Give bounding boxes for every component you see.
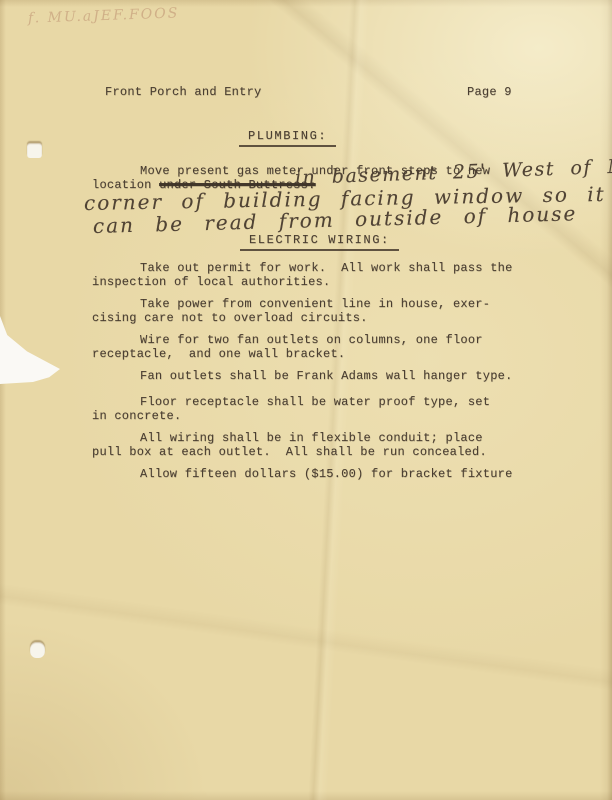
paper-tear-left-edge [0,316,60,384]
electric-paragraph-1: Take out permit for work. All work shall… [92,261,562,289]
pencil-accession-note: f. MU.aJEF.FOOS [28,5,180,26]
typed-line: Floor receptacle shall be water proof ty… [92,395,562,409]
typed-line: Take power from convenient line in house… [92,297,562,311]
typed-line: All wiring shall be in flexible conduit;… [92,431,562,445]
electric-paragraph-7: Allow fifteen dollars ($15.00) for brack… [92,467,562,481]
electric-paragraph-4: Fan outlets shall be Frank Adams wall ha… [92,369,562,383]
typed-line: Take out permit for work. All work shall… [92,261,562,275]
punch-hole-bottom [30,642,45,658]
header-title: Front Porch and Entry [105,85,261,99]
section-heading-plumbing: PLUMBING: [239,129,336,147]
typed-line: in concrete. [92,409,562,423]
electric-paragraph-5: Floor receptacle shall be water proof ty… [92,395,562,423]
section-heading-electric-wiring: ELECTRIC WIRING: [240,233,399,251]
typed-line: Wire for two fan outlets on columns, one… [92,333,562,347]
typed-line: Fan outlets shall be Frank Adams wall ha… [92,369,562,383]
typed-line: cising care not to overload circuits. [92,311,562,325]
electric-paragraph-3: Wire for two fan outlets on columns, one… [92,333,562,361]
typed-line: inspection of local authorities. [92,275,562,289]
typed-line: receptacle, and one wall bracket. [92,347,562,361]
document-page: f. MU.aJEF.FOOS Front Porch and Entry Pa… [0,0,612,800]
electric-paragraph-6: All wiring shall be in flexible conduit;… [92,431,562,459]
punch-hole-top [27,143,42,158]
page-number: Page 9 [467,85,512,99]
typed-line: Allow fifteen dollars ($15.00) for brack… [92,467,562,481]
typed-line: pull box at each outlet. All shall be ru… [92,445,562,459]
electric-paragraph-2: Take power from convenient line in house… [92,297,562,325]
